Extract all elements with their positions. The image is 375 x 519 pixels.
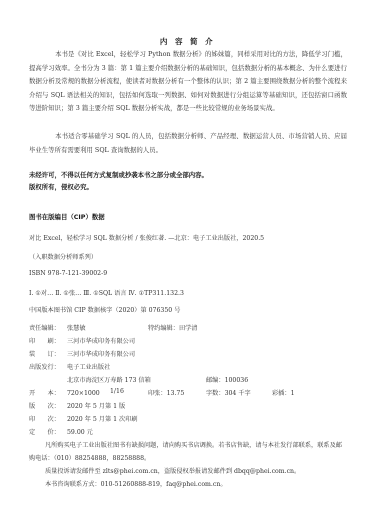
- intro-text-2: 本书适合零基础学习 SQL 的人员，包括数据分析师、产品经理、数据运营人员、市场…: [29, 132, 347, 154]
- postcode-value: 100036: [225, 377, 249, 384]
- publisher-value: 电子工业出版社: [67, 364, 110, 371]
- copyright-page: 内 容 简 介 本书是《对比 Excel，轻松学习 Python 数据分析》的姊…: [0, 0, 375, 519]
- sheets-value: 13.75: [167, 390, 185, 397]
- footer-replacement-notice: 凡所购买电子工业出版社图书有缺损问题，请向购买书店调换。若书店售缺，请与本社发行…: [29, 440, 347, 465]
- printing-value: 三河市华成印务有限公司: [67, 338, 135, 345]
- intro-text-1: 本书是《对比 Excel，轻松学习 Python 数据分析》的姊妹篇，同样采用对…: [29, 50, 347, 112]
- rights-reserved: 版权所有，侵权必究。: [29, 182, 93, 193]
- editor-value: 张慧敏: [67, 325, 86, 332]
- printing-label: 印 刷：: [29, 336, 67, 345]
- cip-title-line: 对比 Excel，轻松学习 SQL 数据分析 / 张俊红著. —北京：电子工业出…: [29, 233, 264, 242]
- binding-label: 装 订：: [29, 349, 67, 358]
- price-value: 59.00 元: [67, 429, 93, 436]
- format-fraction: 1/16: [110, 388, 124, 395]
- cip-series-line: （入职数据分析师系列）: [29, 252, 97, 261]
- binding-row: 装 订：三河市华成印务有限公司: [29, 349, 135, 358]
- binding-value: 三河市华成印务有限公司: [67, 351, 135, 358]
- address: 北京市海淀区万寿路 173 信箱: [67, 375, 151, 384]
- words-label: 字数：: [206, 390, 225, 397]
- impression-value: 2020 年 5 月第 1 次印刷: [67, 416, 138, 423]
- plates-value: 1: [291, 390, 295, 397]
- copyright-notice: 未经许可，不得以任何方式复制或抄袭本书之部分或全部内容。: [29, 170, 208, 181]
- intro-paragraph-2: 本书适合零基础学习 SQL 的人员，包括数据分析师、产品经理、数据运营人员、市场…: [29, 130, 347, 157]
- price-row: 定 价：59.00 元: [29, 427, 93, 436]
- postcode-label: 邮编：: [206, 377, 225, 384]
- edition-label: 版 次：: [29, 401, 67, 410]
- footer-text-2: 质量投诉请发邮件至 zlts@phei.com.cn，盗版侵权举报请发邮件到 d…: [45, 468, 300, 475]
- footer-complaint-notice: 质量投诉请发邮件至 zlts@phei.com.cn，盗版侵权举报请发邮件到 d…: [29, 466, 347, 479]
- word-count: 字数：304 千字: [206, 388, 251, 397]
- editor-row: 责任编辑：张慧敏: [29, 323, 86, 332]
- cip-heading: 图书在版编目（CIP）数据: [29, 212, 105, 221]
- words-value: 304 千字: [225, 390, 251, 397]
- cip-classification-line: Ⅰ. ①对… Ⅱ. ①张… Ⅲ. ①SQL 语言 Ⅳ. ①TP311.132.3: [29, 288, 184, 297]
- postcode: 邮编：100036: [206, 375, 248, 384]
- format-row: 开 本：720×1000: [29, 388, 100, 397]
- editor-label: 责任编辑：: [29, 323, 67, 332]
- impression-label: 印 次：: [29, 414, 67, 423]
- special-editor-label: 特约编辑：: [148, 325, 179, 332]
- page-title: 内 容 简 介: [0, 36, 375, 47]
- plates-label: 彩插：: [272, 390, 291, 397]
- format-value: 720×1000: [67, 390, 100, 397]
- footer-text-1: 凡所购买电子工业出版社图书有缺损问题，请向购买书店调换。若书店售缺，请与本社发行…: [29, 442, 342, 462]
- special-editor: 特约编辑：田学清: [148, 323, 198, 332]
- format-label: 开 本：: [29, 388, 67, 397]
- impression-row: 印 次：2020 年 5 月第 1 次印刷: [29, 414, 138, 423]
- sheets-label: 印张：: [148, 390, 167, 397]
- footer-contact-notice: 本书咨询联系方式：010-51260888-819，faq@phei.com.c…: [29, 479, 347, 492]
- sheets: 印张：13.75: [148, 388, 184, 397]
- footer-text-3: 本书咨询联系方式：010-51260888-819，faq@phei.com.c…: [45, 481, 227, 488]
- printing-row: 印 刷：三河市华成印务有限公司: [29, 336, 135, 345]
- edition-row: 版 次：2020 年 5 月第 1 版: [29, 401, 125, 410]
- edition-value: 2020 年 5 月第 1 版: [67, 403, 125, 410]
- color-plates: 彩插：1: [272, 388, 295, 397]
- price-label: 定 价：: [29, 427, 67, 436]
- special-editor-value: 田学清: [179, 325, 198, 332]
- cip-isbn-line: ISBN 978-7-121-39002-9: [29, 270, 107, 277]
- cip-number-line: 中国版本图书馆 CIP 数据核字（2020）第 076350 号: [29, 305, 180, 314]
- intro-paragraph-1: 本书是《对比 Excel，轻松学习 Python 数据分析》的姊妹篇，同样采用对…: [29, 48, 347, 116]
- publisher-label: 出版发行：: [29, 362, 67, 371]
- publisher-row: 出版发行：电子工业出版社: [29, 362, 110, 371]
